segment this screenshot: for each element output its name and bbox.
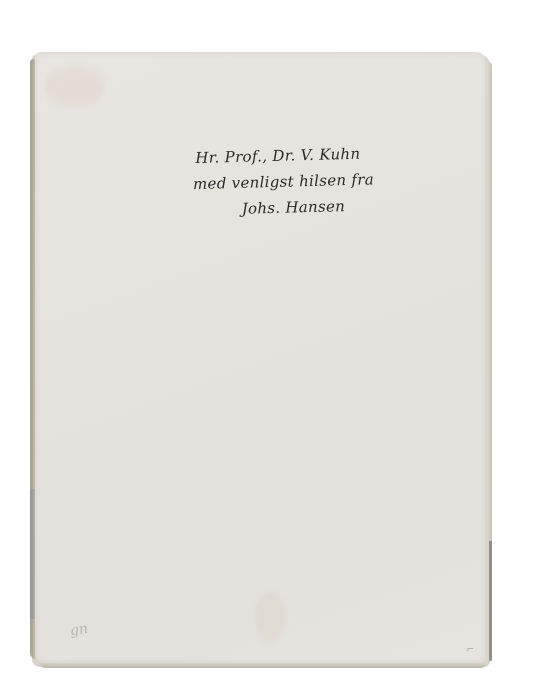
flyleaf-page: Hr. Prof., Dr. V. Kuhn med venligst hils…: [35, 52, 486, 663]
corner-pencil-mark: ⌐: [466, 645, 474, 655]
page-bottom-edge: [40, 663, 486, 668]
page-right-edge: [487, 61, 492, 661]
foxing-stain: [45, 67, 105, 107]
pencil-annotation: gn: [69, 621, 89, 639]
handwritten-dedication: Hr. Prof., Dr. V. Kuhn med venligst hils…: [195, 138, 477, 223]
book-page-stack: Hr. Prof., Dr. V. Kuhn med venligst hils…: [30, 51, 492, 668]
foxing-stain: [255, 592, 285, 642]
dedication-line-signature: Johs. Hansen: [241, 190, 477, 222]
